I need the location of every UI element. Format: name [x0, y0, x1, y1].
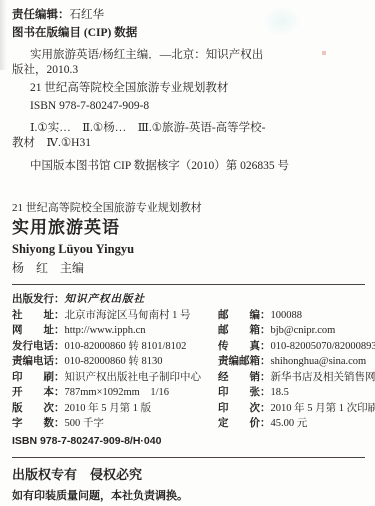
sales-phone-label: 发行电话： [12, 341, 65, 352]
sheets-value: 18.5 [271, 387, 289, 398]
email-cell: 邮 箱：bjb@cnipr.com [218, 323, 365, 339]
table-row: 开 本：787mm×1092mm 1/16 印 张：18.5 [12, 385, 365, 401]
empty-cell [218, 292, 365, 308]
cip-heading: 图书在版编目 (CIP) 数据 [12, 26, 365, 41]
fax-label: 传 真： [218, 341, 271, 352]
title-block: 21 世纪高等院校全国旅游专业规划教材 实用旅游英语 Shiyong Lüyou… [12, 201, 365, 276]
postcode-label: 邮 编： [218, 310, 271, 321]
postcode-cell: 邮 编：100088 [218, 308, 365, 324]
table-row: 网 址：http://www.ipph.cn 邮 箱：bjb@cnipr.com [12, 323, 365, 339]
price-value: 45.00 元 [271, 418, 308, 429]
printer-cell: 印 刷：知识产权出版社电子制印中心 [12, 370, 218, 386]
fax-cell: 传 真：010-82005070/82000893 [218, 339, 375, 355]
copyright-page: 责任编辑：石红华 图书在版编目 (CIP) 数据 实用旅游英语/杨红主编．—北京… [0, 0, 375, 506]
wordcount-cell: 字 数：500 千字 [12, 416, 218, 432]
address-label: 社 址： [12, 310, 65, 321]
table-row: 发行电话：010-82000860 转 8101/8102 传 真：010-82… [12, 339, 365, 355]
book-title: 实用旅游英语 [12, 217, 365, 239]
quality-notice: 如有印装质量问题，本社负责调换。 [12, 488, 365, 504]
distributor-label: 经 销： [218, 372, 271, 383]
table-row: 出版发行：知识产权出版社 [12, 292, 365, 308]
cip-registry-number: 中国版本图书馆 CIP 数据核字（2010）第 026835 号 [12, 159, 365, 174]
publisher-label: 出版发行： [12, 294, 65, 305]
website-value: http://www.ipph.cn [65, 325, 146, 336]
distributor-value: 新华书店及相关销售网点 [271, 372, 375, 383]
rights-statement: 出版权专有 侵权必究 [12, 466, 365, 484]
email-label: 邮 箱： [218, 325, 271, 336]
format-value: 787mm×1092mm 1/16 [65, 387, 170, 398]
website-label: 网 址： [12, 325, 65, 336]
cip-description: 实用旅游英语/杨红主编．—北京：知识产权出 版社，2010.3 [12, 48, 365, 78]
author-line: 杨 红 主编 [12, 260, 365, 276]
editor-email-label: 责编邮箱： [218, 356, 271, 367]
publisher-cell: 出版发行：知识产权出版社 [12, 292, 218, 308]
format-label: 开 本： [12, 387, 65, 398]
series-title: 21 世纪高等院校全国旅游专业规划教材 [12, 201, 365, 215]
email-value: bjb@cnipr.com [271, 325, 336, 336]
website-cell: 网 址：http://www.ipph.cn [12, 323, 218, 339]
publisher-name: 知识产权出版社 [65, 293, 146, 305]
responsible-editor-label: 责任编辑： [12, 9, 70, 21]
divider-bottom [12, 457, 365, 458]
editor-phone-cell: 责编电话：010-82000860 转 8130 [12, 354, 218, 370]
format-cell: 开 本：787mm×1092mm 1/16 [12, 385, 218, 401]
cip-isbn: ISBN 978-7-80247-909-8 [12, 99, 365, 114]
cip-section: 责任编辑：石红华 图书在版编目 (CIP) 数据 实用旅游英语/杨红主编．—北京… [12, 8, 365, 174]
responsible-editor-name: 石红华 [70, 9, 105, 21]
edition-cell: 版 次：2010 年 5 月第 1 版 [12, 401, 218, 417]
printer-label: 印 刷： [12, 372, 65, 383]
price-label: 定 价： [218, 418, 271, 429]
editor-phone-value: 010-82000860 转 8130 [65, 356, 163, 367]
editor-phone-label: 责编电话： [12, 356, 65, 367]
table-row: 责编电话：010-82000860 转 8130 责编邮箱：shihonghua… [12, 354, 365, 370]
address-cell: 社 址：北京市海淀区马甸南村 1 号 [12, 308, 218, 324]
edition-label: 版 次： [12, 403, 65, 414]
wordcount-value: 500 千字 [65, 418, 104, 429]
impression-value: 2010 年 5 月第 1 次印刷 [271, 403, 375, 414]
editor-email-value: shihonghua@sina.com [271, 356, 367, 367]
divider-top [12, 284, 365, 285]
printer-value: 知识产权出版社电子制印中心 [65, 372, 202, 383]
table-row: 版 次：2010 年 5 月第 1 版 印 次：2010 年 5 月第 1 次印… [12, 401, 365, 417]
table-row: 社 址：北京市海淀区马甸南村 1 号 邮 编：100088 [12, 308, 365, 324]
distributor-cell: 经 销：新华书店及相关销售网点 [218, 370, 375, 386]
postcode-value: 100088 [271, 310, 303, 321]
sales-phone-value: 010-82000860 转 8101/8102 [65, 341, 187, 352]
isbn-full-line: ISBN 978-7-80247-909-8/H·040 [12, 434, 365, 450]
cip-classification: Ⅰ.①实… Ⅱ.①杨… Ⅲ.①旅游-英语-高等学校- 教材 Ⅳ.①H31 [12, 121, 365, 151]
address-value: 北京市海淀区马甸南村 1 号 [65, 310, 191, 321]
table-row: 字 数：500 千字 定 价：45.00 元 [12, 416, 365, 432]
edition-value: 2010 年 5 月第 1 版 [65, 403, 152, 414]
book-title-pinyin: Shiyong Lüyou Yingyu [12, 241, 365, 257]
table-row: 印 刷：知识产权出版社电子制印中心 经 销：新华书店及相关销售网点 [12, 370, 365, 386]
impression-label: 印 次： [218, 403, 271, 414]
sales-phone-cell: 发行电话：010-82000860 转 8101/8102 [12, 339, 218, 355]
rights-footer: 出版权专有 侵权必究 如有印装质量问题，本社负责调换。 [12, 466, 365, 504]
price-cell: 定 价：45.00 元 [218, 416, 365, 432]
editor-email-cell: 责编邮箱：shihonghua@sina.com [218, 354, 366, 370]
sheets-label: 印 张： [218, 387, 271, 398]
publication-info-table: 出版发行：知识产权出版社 社 址：北京市海淀区马甸南村 1 号 邮 编：1000… [12, 292, 365, 449]
fax-value: 010-82005070/82000893 [271, 341, 375, 352]
responsible-editor-line: 责任编辑：石红华 [12, 8, 365, 23]
impression-cell: 印 次：2010 年 5 月第 1 次印刷 [218, 401, 375, 417]
sheets-cell: 印 张：18.5 [218, 385, 365, 401]
cip-series: 21 世纪高等院校全国旅游专业规划教材 [12, 81, 365, 96]
wordcount-label: 字 数： [12, 418, 65, 429]
